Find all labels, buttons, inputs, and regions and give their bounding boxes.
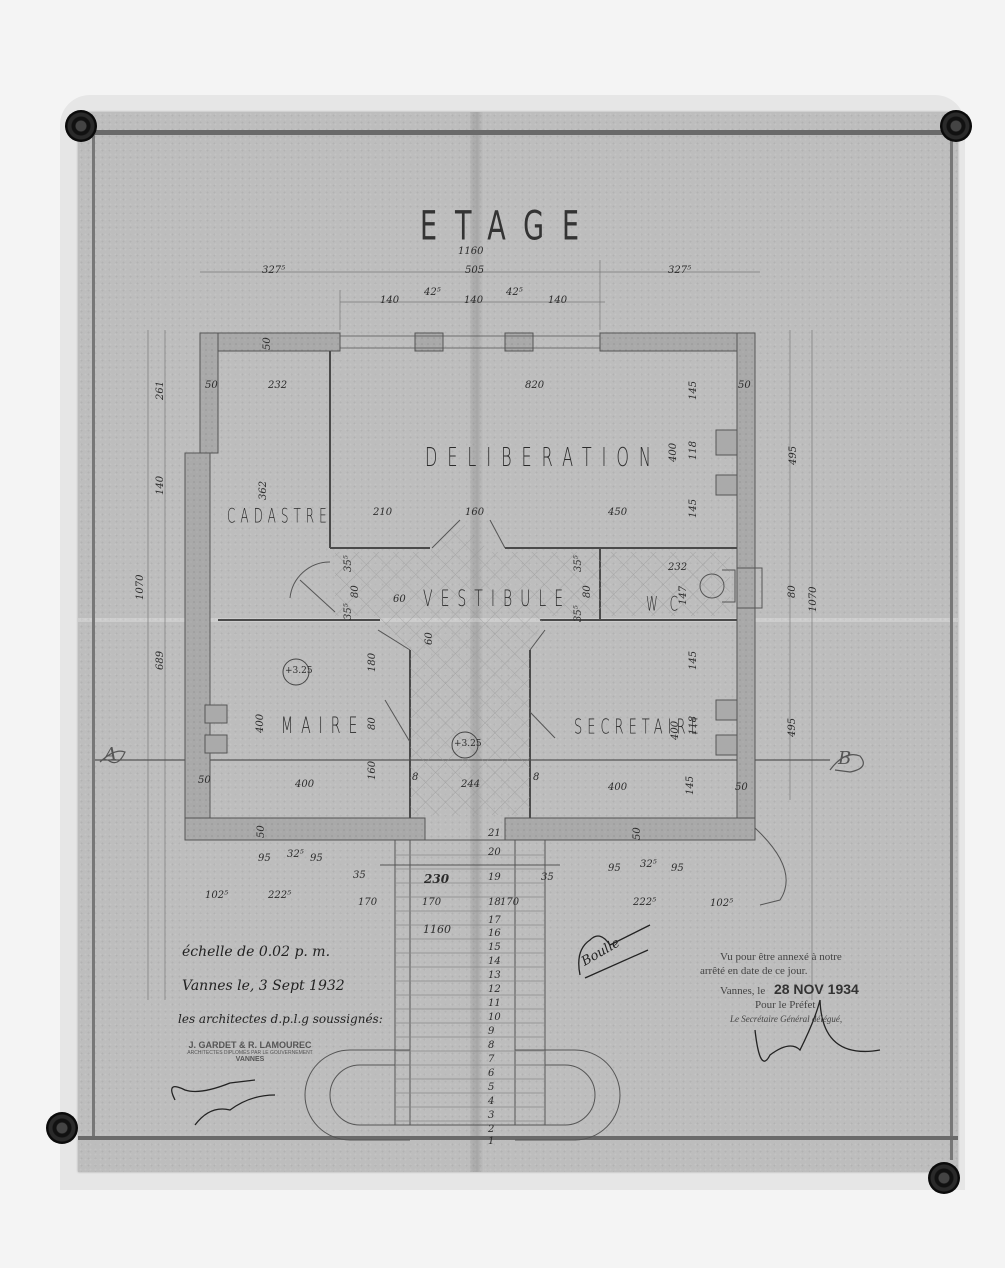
dim-left-261: 261 [155, 381, 166, 400]
dim-maire-wall: 50 [198, 775, 211, 786]
dim-cadastre-height: 362 [258, 481, 269, 500]
dim-right-1070: 1070 [808, 587, 819, 612]
dim-top-center: 505 [465, 265, 484, 276]
dim-vestibule-35c: 35⁵ [573, 555, 584, 572]
dim-deliberation-450: 450 [608, 507, 627, 518]
dim-left-140: 140 [155, 476, 166, 495]
dim-maire-180: 180 [367, 653, 378, 672]
stair-step: 5 [488, 1082, 494, 1093]
drawing-title: ETAGE [420, 203, 597, 250]
certification-line-4: Pour le Préfet [700, 998, 900, 1012]
dim-maire-80: 80 [367, 717, 378, 730]
dim-cadastre-wall-top: 50 [262, 337, 273, 350]
room-label-wc: W C [646, 593, 682, 615]
stair-step: 17 [488, 915, 501, 926]
section-marker-a: A [104, 744, 117, 765]
dim-bottom-right-95a: 95 [608, 863, 621, 874]
dim-deliberation-118: 118 [688, 441, 699, 460]
dim-opening-2: 42⁵ [424, 287, 441, 298]
certification-place: Vannes, le [720, 985, 765, 997]
dim-stair-35-right: 35 [541, 872, 554, 883]
stair-step: 20 [488, 847, 501, 858]
dim-right-80: 80 [787, 585, 798, 598]
dim-deliberation-door: 160 [465, 507, 484, 518]
dim-opening-5: 140 [548, 295, 567, 306]
place-date-note: Vannes le, 3 Sept 1932 [182, 978, 345, 994]
stair-step: 9 [488, 1026, 494, 1037]
dim-vestibule-80b: 80 [582, 585, 593, 598]
dim-deliberation-145b: 145 [688, 499, 699, 518]
certification-date-stamp: 28 NOV 1934 [774, 981, 859, 997]
dim-deliberation-400: 400 [668, 443, 679, 462]
dim-deliberation-210: 210 [373, 507, 392, 518]
dim-right-495-top: 495 [788, 446, 799, 465]
dim-cadastre-width: 232 [268, 380, 287, 391]
certification-line-5: Le Secrétaire Général délégué, [700, 1012, 900, 1026]
stair-step: 7 [488, 1054, 494, 1065]
dim-deliberation-145a: 145 [688, 381, 699, 400]
dim-stair-1160: 1160 [423, 923, 451, 936]
architect-stamp-name: J. GARDET & R. LAMOUREC [160, 1040, 340, 1050]
dim-bottom-right-102: 102⁵ [710, 898, 733, 909]
dim-vestibule-35a: 35⁵ [343, 555, 354, 572]
pin-icon-top-left [65, 110, 97, 142]
stair-step: 2 [488, 1124, 494, 1135]
dim-bottom-right-222: 222⁵ [633, 897, 656, 908]
dim-stair-170-left: 170 [358, 897, 377, 908]
dim-maire-160: 160 [367, 761, 378, 780]
overall-width-dim: 1160 [458, 246, 483, 257]
level-marker-maire: +3.25 [285, 666, 313, 676]
dim-vestibule-80: 80 [350, 585, 361, 598]
room-label-cadastre: CADASTRE [227, 505, 332, 527]
pin-icon-bottom-left [46, 1112, 78, 1144]
stair-step: 13 [488, 970, 501, 981]
stair-step: 18 [488, 897, 501, 908]
dim-stair-170-mid: 170 [422, 897, 441, 908]
dim-secretaire-145b: 145 [685, 776, 696, 795]
stair-step: 15 [488, 942, 501, 953]
stair-step: 6 [488, 1068, 494, 1079]
dim-deliberation-wall: 50 [738, 380, 751, 391]
stair-step: 1 [488, 1136, 494, 1147]
stair-step: 10 [488, 1012, 501, 1023]
room-label-deliberation: DELIBERATION [425, 442, 661, 472]
certification-line-1: Vu pour être annexé à notre [700, 950, 900, 964]
certification-line-2: arrêté en date de ce jour. [700, 964, 900, 978]
dim-cadastre-wall-left: 50 [205, 380, 218, 391]
dim-bottom-right-95b: 95 [671, 863, 684, 874]
dim-secretaire-145a: 145 [688, 651, 699, 670]
dim-bottom-left-95b: 95 [310, 853, 323, 864]
stair-step: 8 [488, 1040, 494, 1051]
stair-step: 16 [488, 928, 501, 939]
dim-bottom-left-32: 32⁵ [287, 849, 304, 860]
stair-step: 11 [488, 998, 501, 1009]
dim-top-left: 327⁵ [262, 265, 285, 276]
certification-date-row: Vannes, le 28 NOV 1934 [700, 982, 900, 998]
dim-secretaire-wall: 50 [735, 782, 748, 793]
room-label-maire: MAIRE [281, 714, 365, 740]
scale-note: échelle de 0.02 p. m. [182, 944, 330, 960]
level-marker-hall: +3.25 [454, 739, 482, 749]
architect-stamp-city: VANNES [160, 1056, 340, 1063]
dim-vestibule-60b: 60 [424, 632, 435, 645]
dim-stair-50a: 50 [256, 825, 267, 838]
dim-bottom-right-32: 32⁵ [640, 859, 657, 870]
dim-maire-400: 400 [255, 714, 266, 733]
stair-step: 3 [488, 1110, 494, 1121]
dim-stair-230: 230 [424, 872, 449, 886]
dim-vestibule-35d: 35⁵ [573, 605, 584, 622]
floor-plan-drawing [0, 0, 1005, 1268]
dim-hall-244: 244 [461, 779, 480, 790]
dim-left-1070: 1070 [135, 575, 146, 600]
dim-secretaire-width: 400 [608, 782, 627, 793]
dim-deliberation-width: 820 [525, 380, 544, 391]
dim-right-495-bottom: 495 [787, 718, 798, 737]
architects-signed-note: les architectes d.p.l.g soussignés: [178, 1012, 383, 1026]
stair-step: 12 [488, 984, 501, 995]
room-label-secretaire: SECRETAIRE [574, 716, 704, 740]
dim-stair-170-right: 170 [500, 897, 519, 908]
dim-stair-35-left: 35 [353, 870, 366, 881]
pin-icon-bottom-right [928, 1162, 960, 1194]
room-label-vestibule: VESTIBULE [423, 587, 571, 613]
dim-bottom-left-102: 102⁵ [205, 890, 228, 901]
prefecture-certification: Vu pour être annexé à notre arrêté en da… [700, 950, 900, 1026]
dim-vestibule-35b: 35⁵ [343, 603, 354, 620]
dim-opening-3: 140 [464, 295, 483, 306]
dim-left-689: 689 [155, 651, 166, 670]
dim-vestibule-60: 60 [393, 594, 406, 605]
dim-wc-width: 232 [668, 562, 687, 573]
dim-stair-50b: 50 [632, 827, 643, 840]
dim-maire-width: 400 [295, 779, 314, 790]
architect-stamp: J. GARDET & R. LAMOUREC ARCHITECTES DIPL… [160, 1040, 340, 1063]
dim-bottom-left-95a: 95 [258, 853, 271, 864]
section-marker-b: B [838, 748, 851, 769]
dim-top-right: 327⁵ [668, 265, 691, 276]
dim-opening-1: 140 [380, 295, 399, 306]
dim-hall-8b: 8 [533, 772, 539, 783]
dim-bottom-left-222: 222⁵ [268, 890, 291, 901]
dim-hall-8a: 8 [412, 772, 418, 783]
stair-step: 14 [488, 956, 501, 967]
stair-step: 19 [488, 872, 501, 883]
stair-step: 4 [488, 1096, 494, 1107]
stair-step: 21 [488, 828, 501, 839]
pin-icon-top-right [940, 110, 972, 142]
dim-opening-4: 42⁵ [506, 287, 523, 298]
